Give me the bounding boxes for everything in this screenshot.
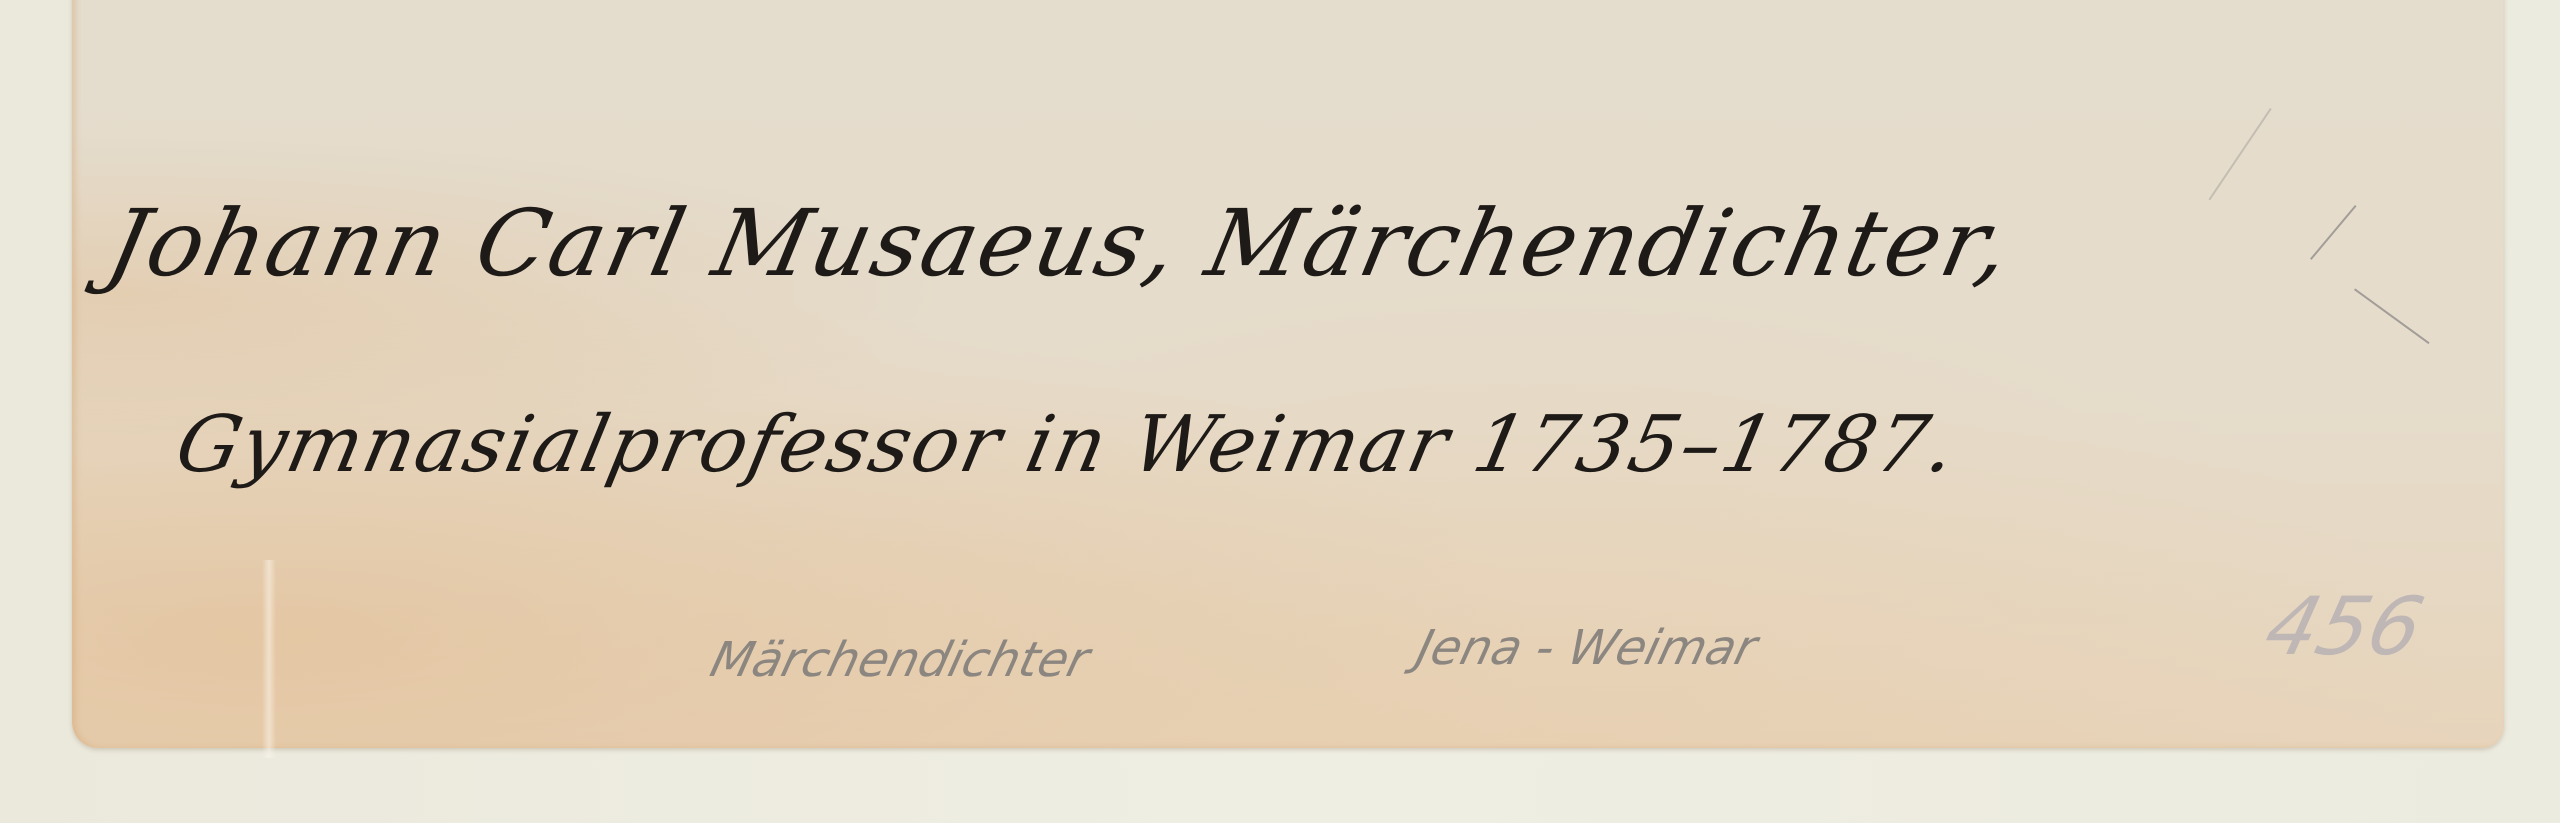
- pencil-catalog-number: 456: [2256, 580, 2432, 673]
- ink-line-profession-dates: Gymnasialprofessor in Weimar 1735–1787.: [168, 400, 1965, 490]
- paper-sheet: [72, 0, 2504, 748]
- paper-crease: [262, 560, 276, 758]
- pencil-note-jena-weimar: Jena - Weimar: [1411, 620, 1763, 676]
- pencil-note-maerchendichter: Märchendichter: [705, 632, 1095, 688]
- ink-line-name-title: Johann Carl Musaeus, Märchendichter,: [99, 190, 2022, 297]
